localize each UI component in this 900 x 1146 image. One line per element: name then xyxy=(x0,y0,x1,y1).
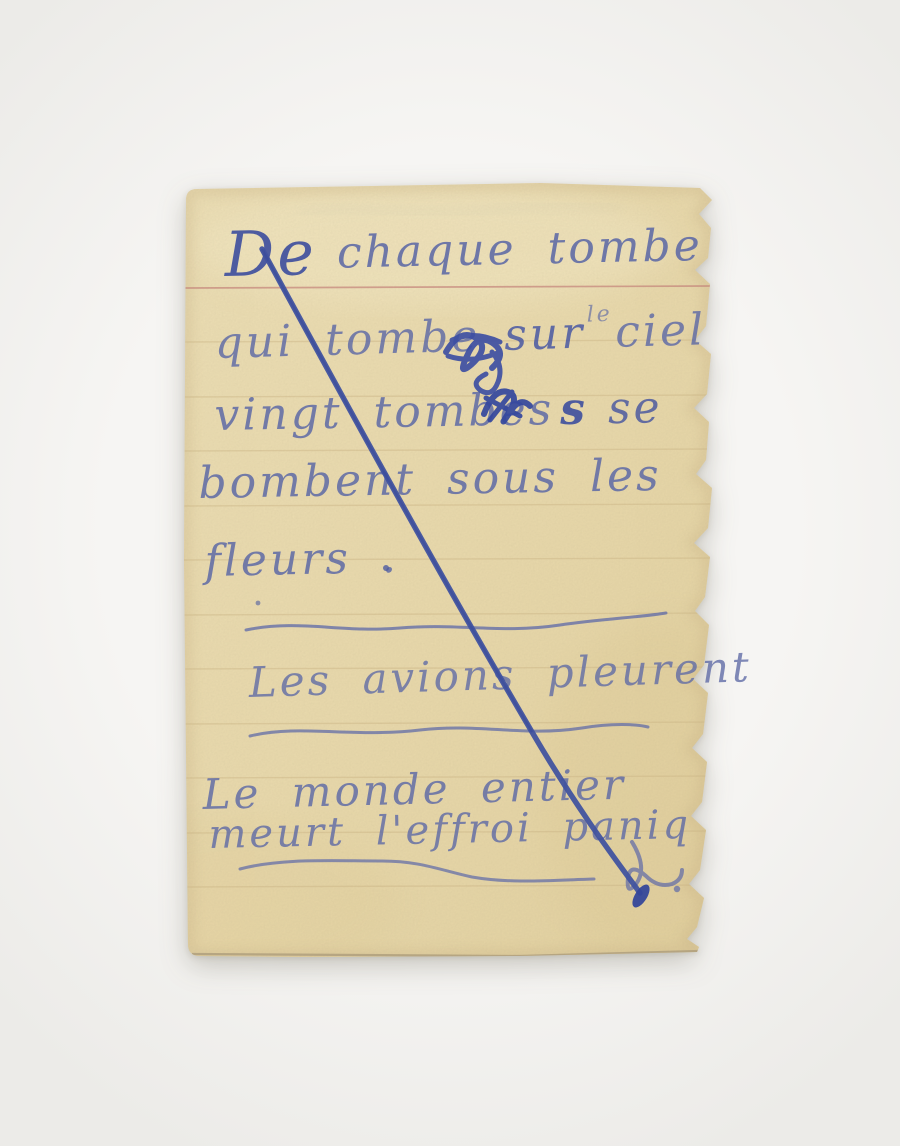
handwriting-line-4: bombent sous les xyxy=(198,450,662,509)
handwriting-line-1-initial: De xyxy=(225,253,317,255)
handwriting-line-2: qui tombesurleciel xyxy=(214,304,707,369)
ink-blot-end xyxy=(629,882,653,910)
handwriting-line-3: vingt tombessse xyxy=(214,382,663,441)
photo-background: Dechaque tombe qui tombesurleciel vingt … xyxy=(0,0,900,1146)
handwriting-line-5: fleurs . xyxy=(204,532,399,587)
handwriting-line-1-rest: chaque tombe xyxy=(336,220,703,279)
ink-dot-bottom xyxy=(674,886,680,892)
handwriting-line-2-pre: qui tombe xyxy=(214,311,481,369)
inserted-word-above: le xyxy=(586,302,613,328)
separator-squiggle-2 xyxy=(250,725,648,737)
handwriting-line-3-post: se xyxy=(608,382,664,434)
paper-layer xyxy=(0,0,900,1146)
handwriting-line-6: Les avions pleurent xyxy=(248,642,752,707)
handwriting-line-2-post: ciel xyxy=(615,304,707,358)
paper-bottom-rim xyxy=(192,951,698,956)
handwriting-line-1: Dechaque tombe xyxy=(224,220,703,281)
separator-squiggle-1 xyxy=(246,613,666,630)
handwriting-line-8: meurt l'effroi paniq xyxy=(208,802,692,858)
ghost-writing-impression xyxy=(300,204,620,214)
ink-dot-left xyxy=(256,601,261,606)
ink-overlay-layer xyxy=(0,0,900,1146)
overwritten-letter: s xyxy=(560,383,589,434)
crossed-out-word: sur xyxy=(504,308,586,361)
separator-squiggle-3 xyxy=(240,861,594,881)
handwriting-line-3-pre: vingt tombes xyxy=(214,384,555,441)
